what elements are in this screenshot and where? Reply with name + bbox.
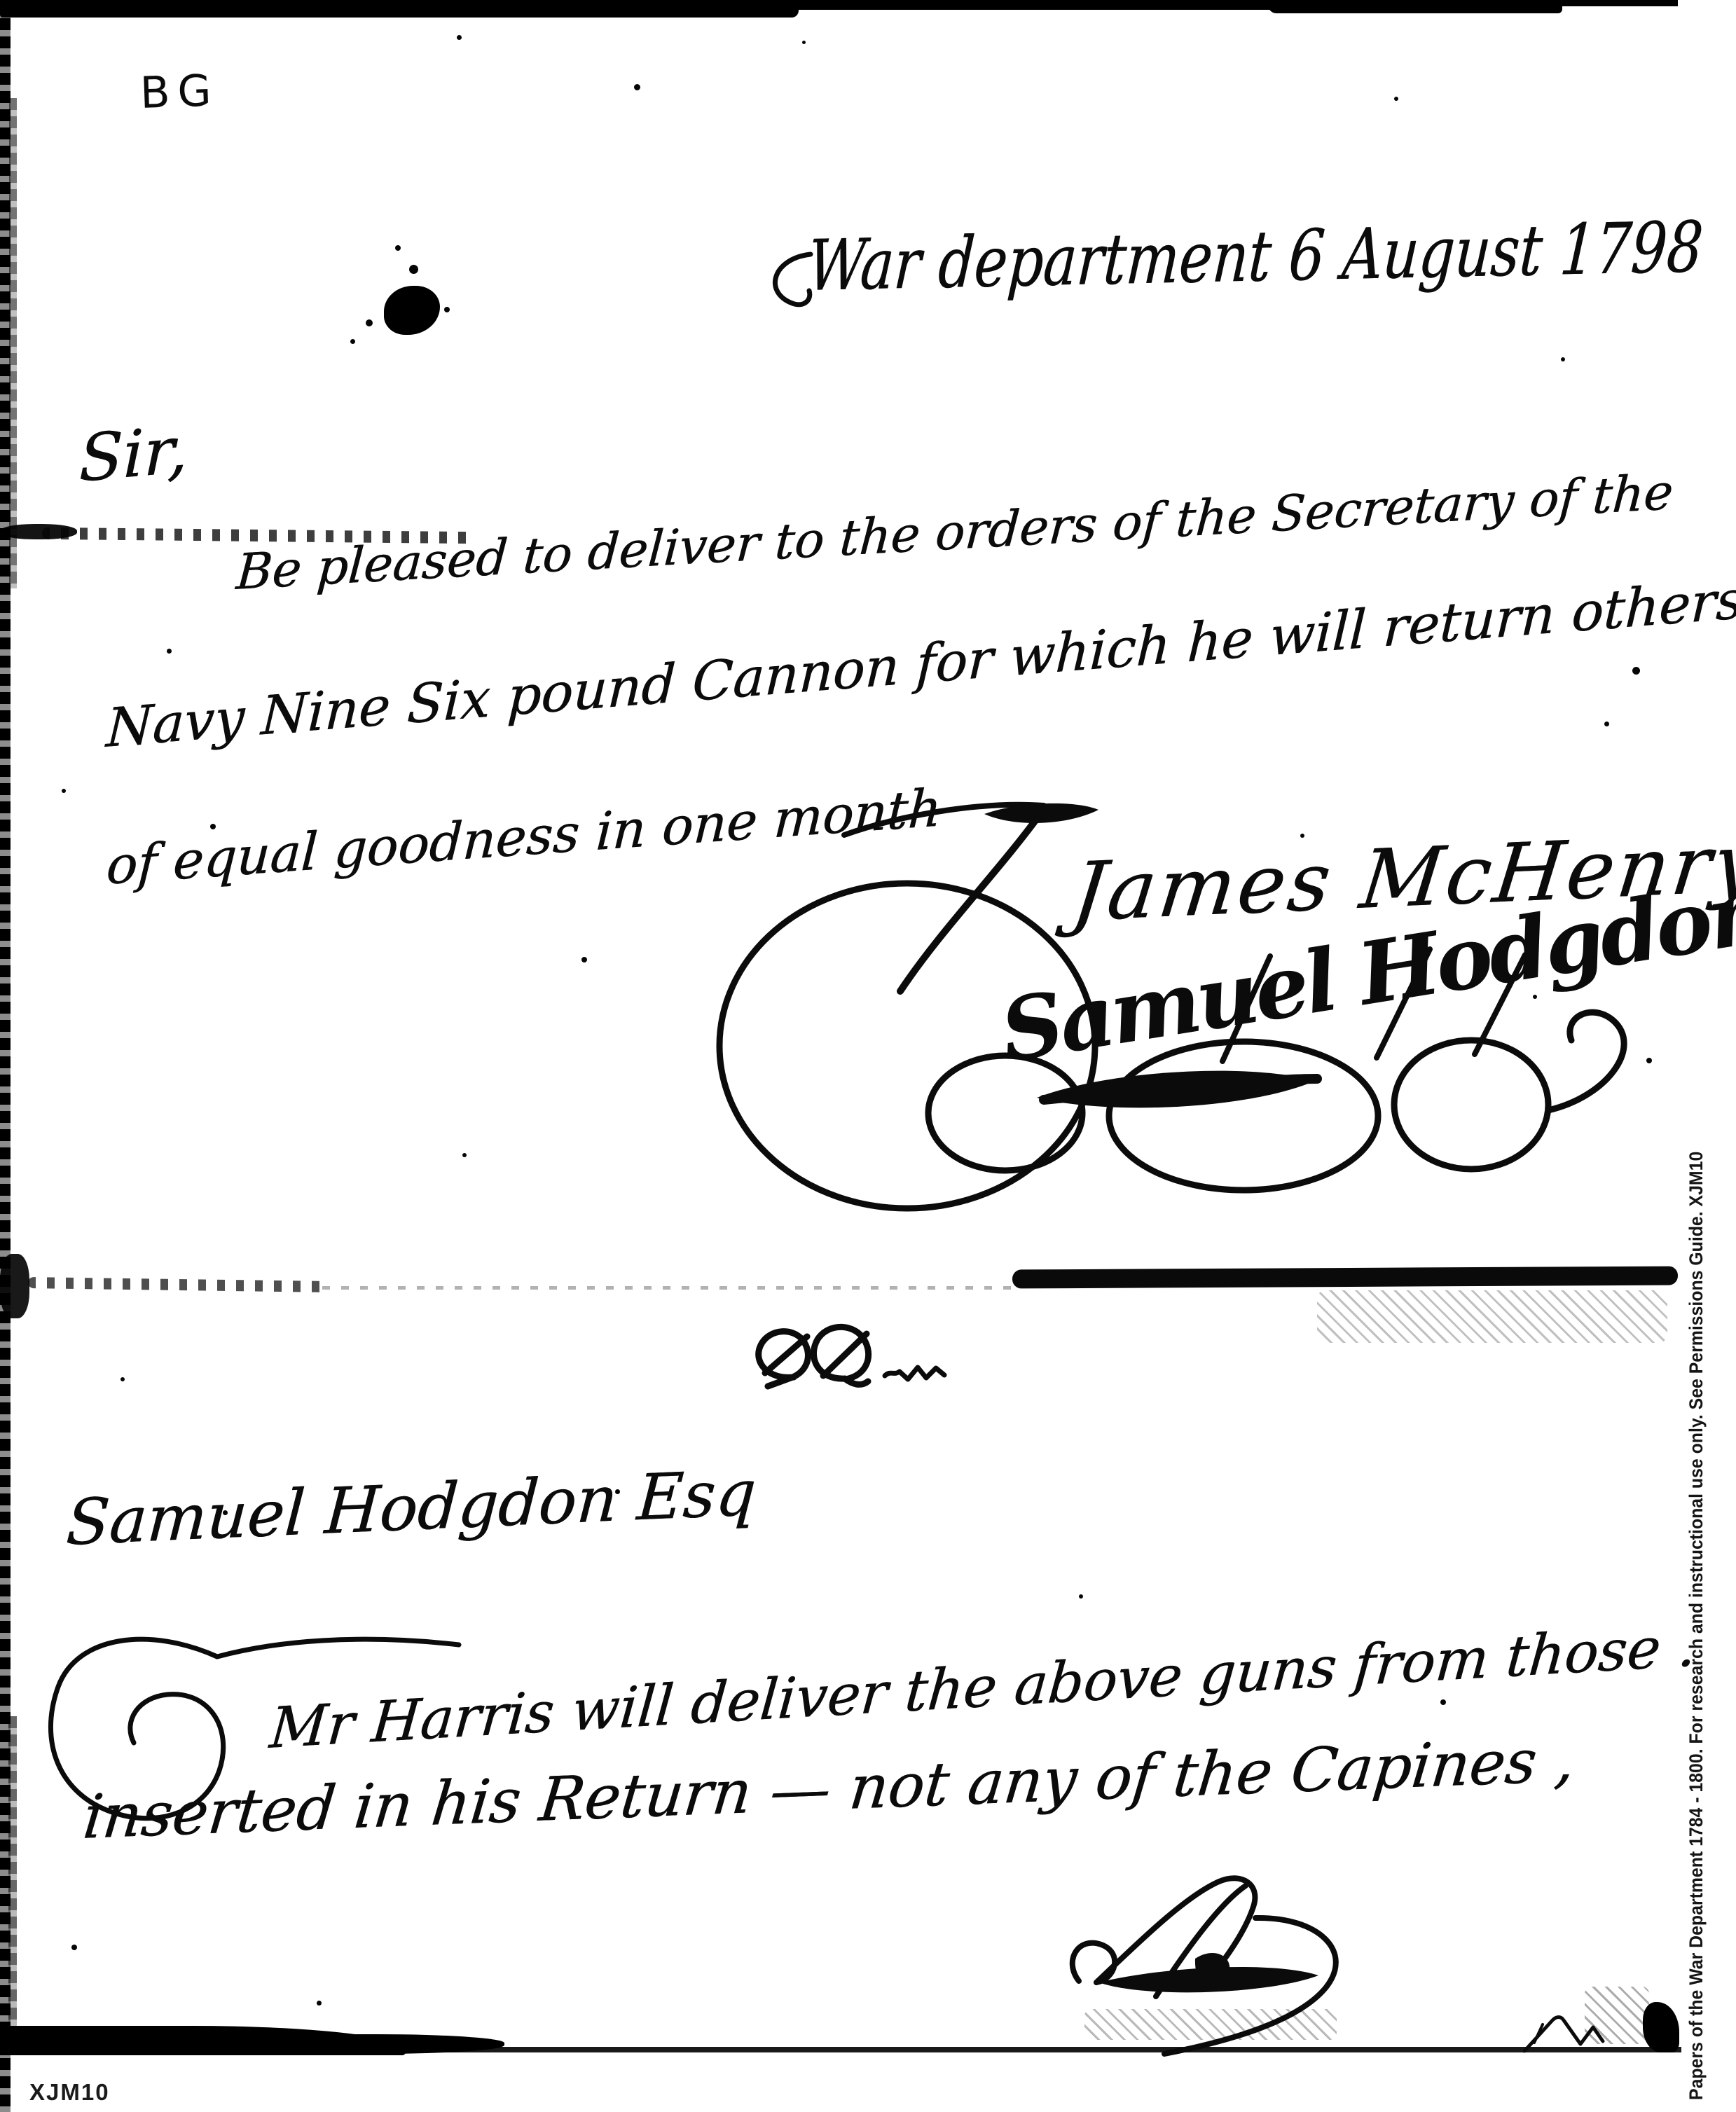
postscript-initials-speckle	[1084, 2009, 1337, 2040]
docket-initials-mark: DD	[741, 1314, 951, 1391]
body-line-1: Be pleased to deliver to the orders of t…	[235, 467, 1674, 597]
dateline: War department 6 August 1798	[806, 212, 1704, 301]
scan-dot	[120, 1377, 125, 1381]
ink-blot-satellite	[350, 339, 355, 344]
sidebar-archive-stamp: Papers of the War Department 1784 - 1800…	[1686, 1152, 1707, 2100]
scan-dot	[71, 1945, 77, 1950]
scan-dot	[581, 957, 587, 962]
scan-dot	[1632, 667, 1640, 675]
scan-edge-top-right	[1268, 0, 1562, 13]
corner-archive-id: XJM10	[29, 2079, 110, 2106]
scan-edge-top-mid	[785, 0, 1282, 10]
scan-dot	[1394, 97, 1398, 101]
scan-dot	[1079, 1594, 1083, 1599]
scan-dot	[167, 649, 172, 654]
crease-mid-right-speckle	[1317, 1290, 1667, 1343]
scan-dot	[802, 41, 806, 44]
body-line-2: Navy Nine Six pound Cannon for which he …	[105, 570, 1736, 755]
scan-dot	[1561, 357, 1565, 361]
scan-dot	[1604, 722, 1609, 726]
scan-dot	[1440, 1699, 1446, 1705]
crease-mid-center	[322, 1286, 1016, 1290]
scan-edge-left-inner	[9, 98, 17, 588]
bottom-edge-left-wave	[224, 2034, 504, 2054]
pencil-mark: BG	[139, 69, 221, 115]
scan-dot	[462, 1153, 467, 1157]
scan-edge-left-lower	[8, 1716, 17, 2045]
ink-blot-satellite	[444, 307, 450, 312]
scan-edge-top-left	[0, 0, 799, 18]
scan-dot	[317, 2001, 322, 2006]
addressee: Samuel Hodgdon Esq	[64, 1462, 758, 1555]
scan-edge-top-far-right	[1552, 0, 1678, 6]
ink-blot	[384, 286, 440, 335]
scan-dot	[62, 789, 66, 793]
crease-mid-left	[28, 1277, 329, 1292]
salutation: Sir,	[78, 417, 188, 492]
scan-dot	[634, 84, 640, 90]
flourish-signature: Samuel Hodgdon	[690, 781, 1671, 1271]
corner-zigzag-mark	[1522, 2008, 1613, 2057]
crease-mid-left-blob	[0, 1254, 29, 1318]
ink-blot-satellite	[366, 319, 373, 326]
scanned-letter-page: BG War department 6 August 1798 Sir, Be …	[0, 0, 1736, 2112]
scan-dot	[457, 35, 462, 40]
ink-blot-satellite	[409, 265, 418, 274]
ink-blot-satellite	[395, 245, 401, 251]
